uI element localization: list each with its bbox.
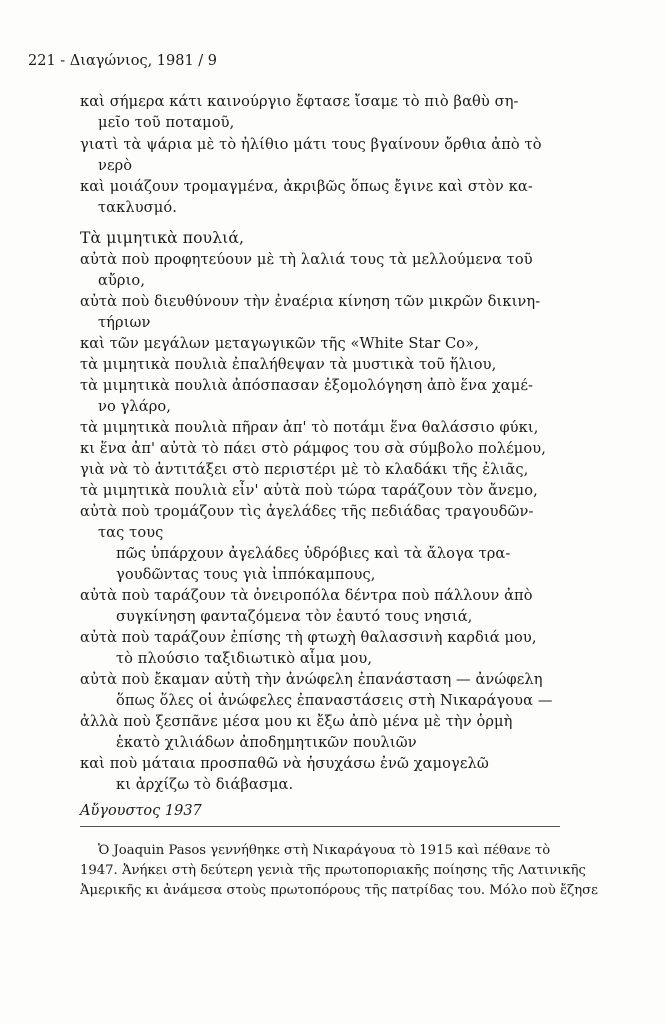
poem-line: αὐτὰ ποὺ τρομάζουν τὶς ἀγελάδες τῆς πεδι…: [80, 503, 534, 520]
poem-line: καὶ ποὺ μάταια προσπαθῶ νὰ ἡσυχάσω ἐνῶ χ…: [80, 755, 489, 772]
poem-line-continuation: μεῖο τοῦ ποταμοῦ,: [98, 114, 234, 131]
running-head: 221 - Διαγώνιος, 1981 / 9: [28, 53, 217, 69]
poem-line: αὐτὰ ποὺ ταράζουν τὰ ὀνειροπόλα δέντρα π…: [80, 587, 533, 604]
poem-line: αὐτὰ ποὺ προφητεύουν μὲ τὴ λαλιά τους τὰ…: [80, 251, 533, 268]
poem-line: καὶ τῶν μεγάλων μεταγωγικῶν τῆς «White S…: [80, 335, 479, 352]
poem-line-continuation: τας τους: [98, 524, 163, 541]
poem-line: τὰ μιμητικὰ πουλιὰ ἀπόσπασαν ἐξομολόγηση…: [80, 377, 533, 394]
poem-line-indented: ὅπως ὅλες οἱ ἀνώφελες ἐπαναστάσεις στὴ Ν…: [116, 692, 553, 709]
poem-line-continuation: τακλυσμό.: [98, 199, 177, 216]
poem-line-continuation: τήριων: [98, 314, 151, 331]
poem-line: τὰ μιμητικὰ πουλιὰ πῆραν ἀπ' τὸ ποτάμι ἕ…: [80, 419, 538, 436]
poem-line-indented: τὸ πλούσιο ταξιδιωτικὸ αἷμα μου,: [116, 650, 372, 667]
footnote-separator: [80, 826, 560, 827]
poem-date-signature: Αὔγουστος 1937: [80, 803, 202, 819]
poem-line: γιατὶ τὰ ψάρια μὲ τὸ ἠλίθιο μάτι τους βγ…: [80, 136, 542, 153]
poem-line: αὐτὰ ποὺ ταράζουν ἐπίσης τὴ φτωχὴ θαλασσ…: [80, 629, 537, 646]
poem-line-indented: συγκίνηση φανταζόμενα τὸν ἑαυτό τους νησ…: [116, 608, 472, 625]
poem-line-continuation: αὔριο,: [98, 272, 145, 289]
footnote-line: Ἀμερικῆς κι ἀνάμεσα στοὺς πρωτοπόρους τῆ…: [80, 883, 598, 898]
poem-line: Τὰ μιμητικὰ πουλιά,: [80, 229, 244, 247]
poem-line-indented: γουδῶντας τους γιὰ ἱππόκαμπους,: [116, 566, 375, 583]
poem-line-continuation: νερὸ: [98, 157, 132, 174]
poem-line-indented: ἑκατὸ χιλιάδων ἀποδημητικῶν πουλιῶν: [116, 734, 417, 751]
poem-line: καὶ μοιάζουν τρομαγμένα, ἀκριβῶς ὅπως ἔγ…: [80, 178, 533, 195]
poem-line: τὰ μιμητικὰ πουλιὰ εἶν' αὐτὰ ποὺ τώρα τα…: [80, 482, 538, 499]
footnote-line: 1947. Ἀνήκει στὴ δεύτερη γενιὰ τῆς πρωτο…: [80, 863, 586, 878]
poem-line: γιὰ νὰ τὸ ἀντιτάξει στὸ περιστέρι μὲ τὸ …: [80, 461, 528, 478]
poem-line: κι ἕνα ἀπ' αὐτὰ τὸ πάει στὸ ράμφος του σ…: [80, 440, 546, 457]
poem-line: καὶ σήμερα κάτι καινούργιο ἔφτασε ἴσαμε …: [80, 93, 519, 110]
poem-line-indented: πῶς ὑπάρχουν ἀγελάδες ὑδρόβιες καὶ τὰ ἄλ…: [116, 545, 510, 562]
poem-line: αὐτὰ ποὺ ἔκαμαν αὐτὴ τὴν ἀνώφελη ἐπανάστ…: [80, 671, 543, 688]
poem-line-continuation: νο γλάρο,: [98, 398, 171, 415]
footnote-line: Ὁ Joaquin Pasos γεννήθηκε στὴ Νικαράγουα…: [98, 843, 550, 858]
poem-line: αὐτὰ ποὺ διευθύνουν τὴν ἐναέρια κίνηση τ…: [80, 293, 540, 310]
poem-line-indented: κι ἀρχίζω τὸ διάβασμα.: [116, 776, 293, 793]
poem-line: ἀλλὰ ποὺ ξεσπᾶνε μέσα μου κι ἔξω ἀπὸ μέν…: [80, 713, 512, 730]
poem-line: τὰ μιμητικὰ πουλιὰ ἐπαλήθεψαν τὰ μυστικὰ…: [80, 356, 496, 373]
